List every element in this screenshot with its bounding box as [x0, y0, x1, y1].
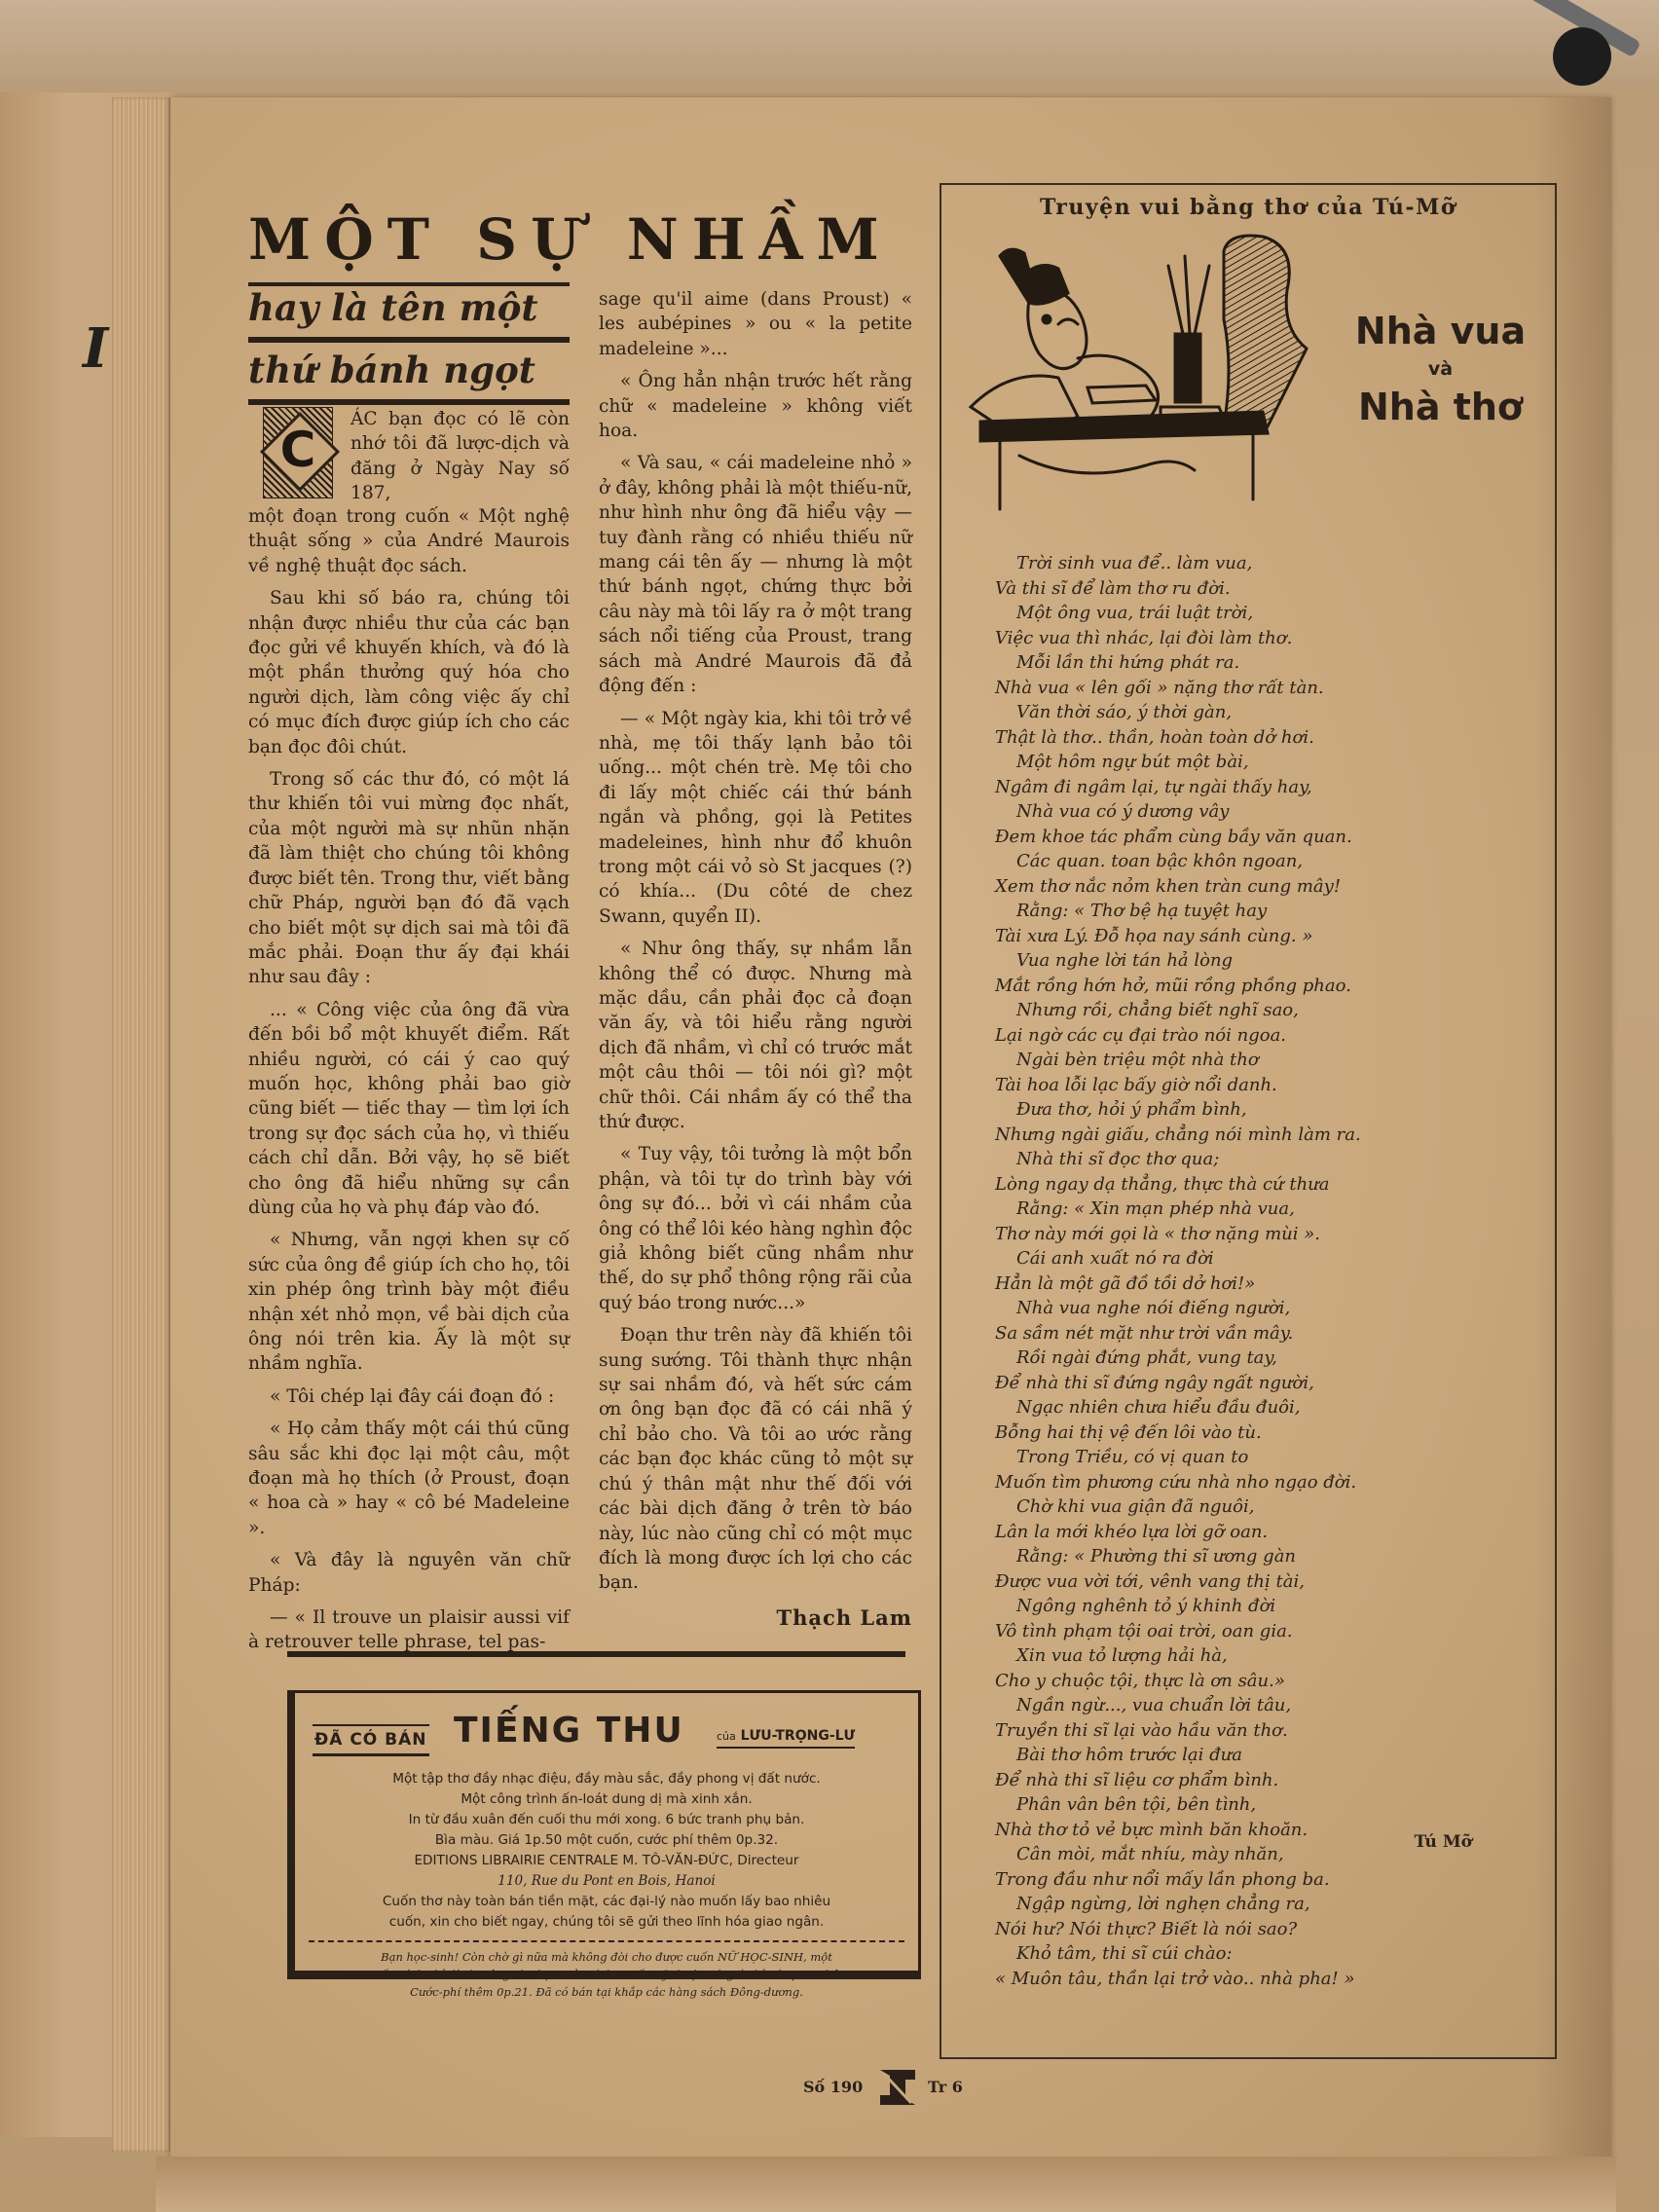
poem-body: Trời sinh vua để.. làm vua,Và thi sĩ để …: [995, 551, 1540, 1991]
article-intro: ÁC bạn đọc có lẽ còn nhớ tôi đã lược-dịc…: [350, 407, 570, 514]
ngay-nay-logo-icon: [876, 2066, 919, 2109]
poem-line: Phân vân bên tội, bên tình,: [995, 1792, 1540, 1818]
article-paragraph: Trong số các thư đó, có một lá thư khiến…: [248, 767, 570, 990]
article-paragraph: « Và đây là nguyên văn chữ Pháp:: [248, 1548, 570, 1598]
ad-footnote-line: Cước-phí thêm 0p.21. Đã có bán tại khắp …: [309, 1983, 904, 2001]
page-number: Tr 6: [928, 2078, 963, 2096]
ad-book-title: TIẾNG THU: [454, 1711, 684, 1751]
poem-line: Bài thơ hôm trước lại đưa: [995, 1743, 1540, 1768]
poem-line: Rằng: « Phường thi sĩ ương gàn: [995, 1544, 1540, 1569]
ad-footnote-line: Bạn học-sinh! Còn chờ gì nữa mà không đò…: [309, 1948, 904, 1966]
ad-line: EDITIONS LIBRAIRIE CENTRALE M. TÔ-VĂN-ĐỨ…: [309, 1851, 904, 1871]
poem-line: Mỗi lần thi hứng phát ra.: [995, 650, 1540, 676]
article-paragraph: — « Il trouve un plaisir aussi vif à ret…: [248, 1605, 570, 1655]
stacked-page-edges: [112, 97, 170, 2152]
poem-line: Trời sinh vua để.. làm vua,: [995, 551, 1540, 576]
newspaper-page: MỘT SỰ NHẦM hay là tên một thứ bánh ngọt…: [170, 97, 1611, 2161]
poem-line: Rằng: « Thơ bệ hạ tuyệt hay: [995, 899, 1540, 924]
poem-line: Đem khoe tác phẩm cùng bầy văn quan.: [995, 825, 1540, 850]
poem-line: Thơ này mới gọi là « thơ nặng mùi ».: [995, 1222, 1540, 1247]
poem-line: Cho y chuộc tội, thực là ơn sâu.»: [995, 1669, 1540, 1694]
poem-line: Muốn tìm phương cứu nhà nho ngạo đời.: [995, 1470, 1540, 1495]
page-folio: Số 190 Tr 6: [803, 2064, 1037, 2113]
poem-line: Nhà vua có ý dương vây: [995, 799, 1540, 825]
underlying-heading-fragment: I: [83, 316, 108, 381]
ad-available-label: ĐÃ CÓ BÁN: [313, 1724, 429, 1756]
poem-line: Văn thời sáo, ý thời gàn,: [995, 700, 1540, 725]
article-paragraph: Sau khi số báo ra, chúng tôi nhận được n…: [248, 586, 570, 759]
article-paragraph: « Như ông thấy, sự nhầm lẫn không thể có…: [599, 937, 912, 1134]
poem-line: Cái anh xuất nó ra đời: [995, 1246, 1540, 1272]
poem-line: Xin vua tỏ lượng hải hà,: [995, 1643, 1540, 1669]
poem-line: Để nhà thi sĩ đứng ngây ngất người,: [995, 1371, 1540, 1396]
poem-line: Để nhà thi sĩ liệu cơ phẩm bình.: [995, 1768, 1540, 1793]
article-paragraph: — « Một ngày kia, khi tôi trở về nhà, mẹ…: [599, 707, 912, 930]
poem-line: Truyền thi sĩ lại vào hầu văn thơ.: [995, 1718, 1540, 1744]
article-paragraph: « Và sau, « cái madeleine nhỏ » ở đây, k…: [599, 451, 912, 698]
section-divider: [287, 1651, 905, 1657]
issue-number: Số 190: [803, 2078, 863, 2096]
ad-line: cuốn, xin cho biết ngay, chúng tôi sẽ gử…: [309, 1912, 904, 1933]
article-paragraph: Đoạn thư trên này đã khiến tôi sung sướn…: [599, 1323, 912, 1595]
article-paragraph: « Nhưng, vẫn ngợi khen sự cố sức của ông…: [248, 1228, 570, 1376]
poem-line: Chờ khi vua giận đã nguôi,: [995, 1494, 1540, 1520]
poem-line: Xem thơ nắc nỏm khen tràn cung mây!: [995, 874, 1540, 900]
poem-line: Lại ngờ các cụ đại trào nói ngoa.: [995, 1023, 1540, 1049]
article-paragraph: « Ông hẳn nhận trước hết rằng chữ « made…: [599, 369, 912, 443]
poem-line: Sa sầm nét mặt như trời vần mây.: [995, 1321, 1540, 1346]
poem-line: Trong đầu như nổi mấy lần phong ba.: [995, 1867, 1540, 1893]
poem-line: « Muôn tâu, thần lại trở vào.. nhà pha! …: [995, 1967, 1540, 1992]
poem-line: Thật là thơ.. thần, hoàn toàn dở hơi.: [995, 725, 1540, 751]
article-paragraph: « Tôi chép lại đây cái đoạn đó :: [248, 1384, 570, 1409]
poem-line: Lân la mới khéo lựa lời gỡ oan.: [995, 1520, 1540, 1545]
poem-line: Lòng ngay dạ thẳng, thực thà cứ thưa: [995, 1172, 1540, 1198]
poem-line: Rồi ngài đứng phắt, vung tay,: [995, 1346, 1540, 1371]
poem-line: Nói hư? Nói thực? Biết là nói sao?: [995, 1917, 1540, 1942]
poem-line: Hẳn là một gã đồ tồi dở hơi!»: [995, 1272, 1540, 1297]
poem-line: Tài xưa Lý. Đỗ họa nay sánh cùng. »: [995, 924, 1540, 949]
king-illustration: [961, 232, 1331, 524]
poem-line: Vua nghe lời tán hả lòng: [995, 948, 1540, 974]
poem-line: Được vua vời tới, vênh vang thị tài,: [995, 1569, 1540, 1595]
page-bottom-edges: [156, 2157, 1616, 2212]
poem-line: Đưa thơ, hỏi ý phẩm bình,: [995, 1097, 1540, 1123]
article-paragraph: ... « Công việc của ông đã vừa đến bồi b…: [248, 998, 570, 1221]
poem-title: Nhà vua và Nhà thơ: [1331, 310, 1550, 428]
ad-line: Bìa màu. Giá 1p.50 một cuốn, cước phí th…: [309, 1830, 904, 1851]
poem-line: Trong Triều, có vị quan to: [995, 1445, 1540, 1470]
ad-line: 110, Rue du Pont en Bois, Hanoi: [309, 1871, 904, 1892]
poem-line: Mắt rồng hớn hở, mũi rồng phồng phao.: [995, 974, 1540, 999]
poem-line: Tài hoa lỗi lạc bấy giờ nổi danh.: [995, 1073, 1540, 1098]
poem-line: Một hôm ngự bút một bài,: [995, 750, 1540, 775]
poem-line: Rằng: « Xin mạn phép nhà vua,: [995, 1197, 1540, 1222]
ad-line: In từ đầu xuân đến cuối thu mới xong. 6 …: [309, 1810, 904, 1830]
poem-line: Ngần ngừ..., vua chuẩn lời tâu,: [995, 1693, 1540, 1718]
poem-line: Ngông nghênh tỏ ý khinh đời: [995, 1594, 1540, 1619]
ad-author: của LƯU-TRỌNG-LƯ: [717, 1728, 855, 1749]
article-subhead-line1: hay là tên một: [248, 282, 570, 343]
article-column-2: sage qu'il aime (dans Proust) « les aubé…: [599, 287, 912, 1630]
ad-body: Một tập thơ đầy nhạc điệu, đầy màu sắc, …: [309, 1769, 904, 2001]
poem-line: Ngâm đi ngâm lại, tự ngài thấy hay,: [995, 775, 1540, 800]
poem-line: Bỗng hai thị vệ đến lôi vào tù.: [995, 1420, 1540, 1446]
poem-line: Ngạc nhiên chưa hiểu đầu đuôi,: [995, 1395, 1540, 1420]
ad-line: Một tập thơ đầy nhạc điệu, đầy màu sắc, …: [309, 1769, 904, 1789]
article-signature: Thạch Lam: [599, 1605, 912, 1630]
ad-footnote-line: cuốn sách chỉ dành riêng cho bạn trẻ. Sá…: [309, 1966, 904, 1983]
ad-line: Cuốn thơ này toàn bán tiền mặt, các đại-…: [309, 1892, 904, 1912]
poem-line: Vô tình phạm tội oai trời, oan gia.: [995, 1619, 1540, 1644]
article-headline: MỘT SỰ NHẦM: [248, 206, 910, 273]
poem-line: Nhà thi sĩ đọc thơ qua;: [995, 1147, 1540, 1172]
poem-box: Truyện vui bằng thơ của Tú-Mỡ: [940, 183, 1557, 2059]
poem-signature: Tú Mỡ: [1414, 1830, 1472, 1856]
pen-object: [1460, 0, 1655, 68]
article-paragraph: « Họ cảm thấy một cái thú cũng sâu sắc k…: [248, 1417, 570, 1540]
poem-kicker: Truyện vui bằng thơ của Tú-Mỡ: [941, 195, 1555, 220]
dropcap-c-ornament: C: [263, 407, 333, 498]
book-advertisement: ĐÃ CÓ BÁN TIẾNG THU của LƯU-TRỌNG-LƯ Một…: [287, 1690, 921, 1979]
poem-line: Nhà vua nghe nói điếng người,: [995, 1296, 1540, 1321]
poem-line: Nhà vua « lên gối » nặng thơ rất tàn.: [995, 676, 1540, 701]
poem-line: Ngài bèn triệu một nhà thơ: [995, 1048, 1540, 1073]
poem-line: Nhưng ngài giấu, chẳng nói mình làm ra.: [995, 1123, 1540, 1148]
article-subhead-line2: thứ bánh ngọt: [248, 349, 570, 405]
poem-line: Ngập ngừng, lời nghẹn chẳng ra,: [995, 1892, 1540, 1917]
poem-line: Một ông vua, trái luật trời,: [995, 601, 1540, 626]
poem-line: Và thi sĩ để làm thơ ru đời.: [995, 576, 1540, 602]
article-column-1: một đoạn trong cuốn « Một nghệ thuật sốn…: [248, 504, 570, 1663]
poem-line: Khỏ tâm, thi sĩ cúi chào:: [995, 1941, 1540, 1967]
article-paragraph: một đoạn trong cuốn « Một nghệ thuật sốn…: [248, 504, 570, 578]
article-paragraph: « Tuy vậy, tôi tưởng là một bổn phận, và…: [599, 1142, 912, 1315]
poem-line: Các quan. toan bậc khôn ngoan,: [995, 849, 1540, 874]
article-paragraph: sage qu'il aime (dans Proust) « les aubé…: [599, 287, 912, 361]
poem-line: Nhưng rồi, chẳng biết nghĩ sao,: [995, 998, 1540, 1023]
poem-line: Việc vua thì nhác, lại đòi làm thơ.: [995, 626, 1540, 651]
ad-line: Một công trình ấn-loát dung dị mà xinh x…: [309, 1789, 904, 1810]
desk-background: [0, 0, 1659, 88]
